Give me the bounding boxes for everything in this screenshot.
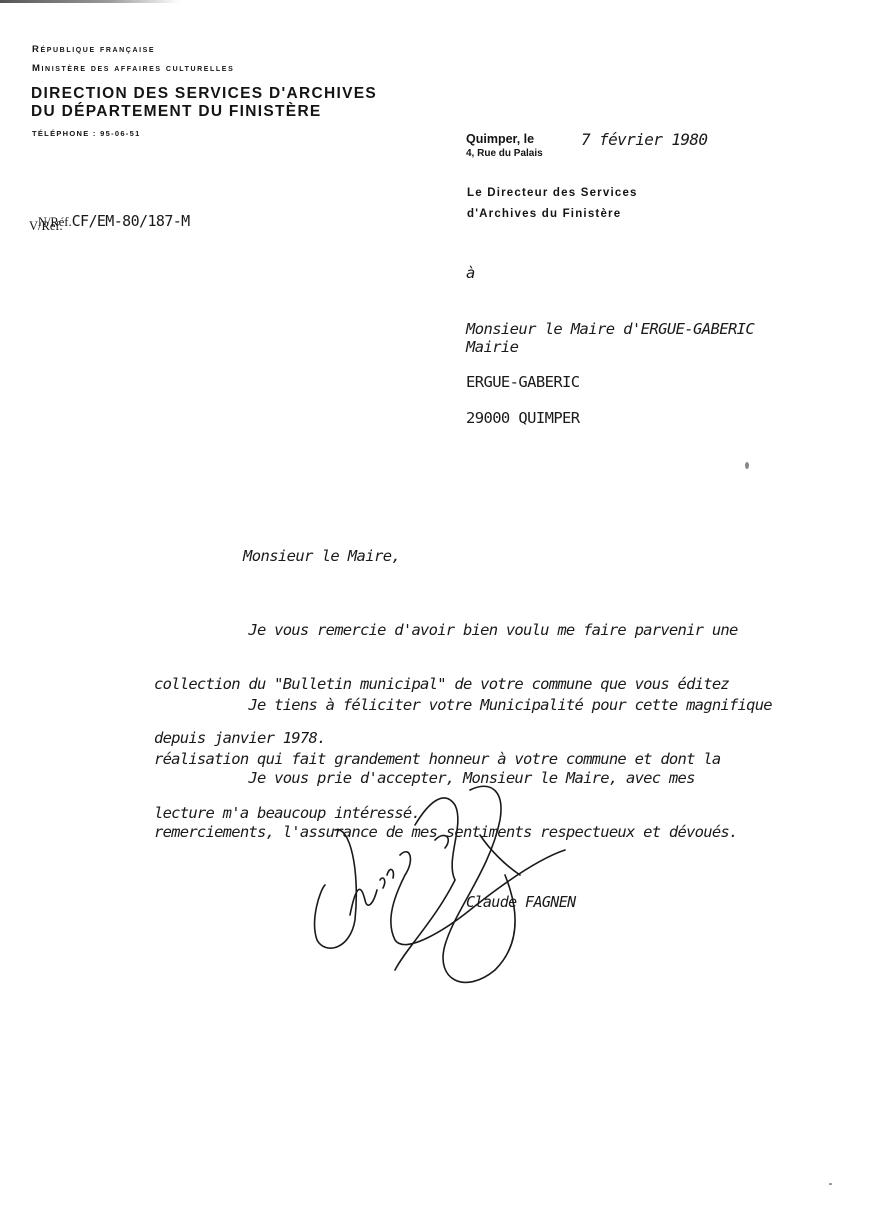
- letterhead-telephone: TÉLÉPHONE : 95-06-51: [32, 129, 141, 138]
- sender-line2: d'Archives du Finistère: [467, 208, 621, 220]
- recipient-line3: ERGUE-GABERIC: [466, 373, 580, 391]
- recipient-line4: 29000 QUIMPER: [466, 409, 580, 427]
- recipient-to: à: [466, 264, 475, 282]
- scan-speck: [745, 462, 749, 469]
- signer-name: Claude FAGNEN: [466, 893, 576, 911]
- salutation: Monsieur le Maire,: [243, 547, 400, 565]
- letterhead-direction-line1: DIRECTION DES SERVICES D'ARCHIVES: [31, 85, 377, 103]
- recipient-line1: Monsieur le Maire d'ERGUE-GABERIC: [466, 320, 754, 338]
- paragraph-1-line: Je vous remercie d'avoir bien voulu me f…: [154, 621, 794, 639]
- letterhead-ministry: Ministère des Affaires Culturelles: [32, 63, 234, 74]
- paragraph-2-line: Je tiens à féliciter votre Municipalité …: [154, 696, 794, 714]
- our-ref-value: CF/EM-80/187-M: [72, 212, 190, 230]
- sender-address: 4, Rue du Palais: [466, 148, 543, 159]
- sender-line1: Le Directeur des Services: [467, 187, 638, 199]
- place-label: Quimper, le: [466, 132, 534, 146]
- handwritten-signature-icon: [305, 780, 605, 990]
- scan-speck: [829, 1183, 832, 1185]
- telephone-label: TÉLÉPHONE :: [32, 129, 97, 138]
- letter-date: 7 février 1980: [581, 130, 707, 149]
- letterhead-direction-line2: DU DÉPARTEMENT DU FINISTÈRE: [31, 103, 322, 121]
- recipient-line2: Mairie: [466, 338, 518, 356]
- telephone-number: 95-06-51: [100, 129, 140, 138]
- letterhead-republic: République Française: [32, 44, 155, 55]
- your-ref-label: V/Réf.: [29, 219, 63, 234]
- scan-edge-artifact: [0, 0, 180, 3]
